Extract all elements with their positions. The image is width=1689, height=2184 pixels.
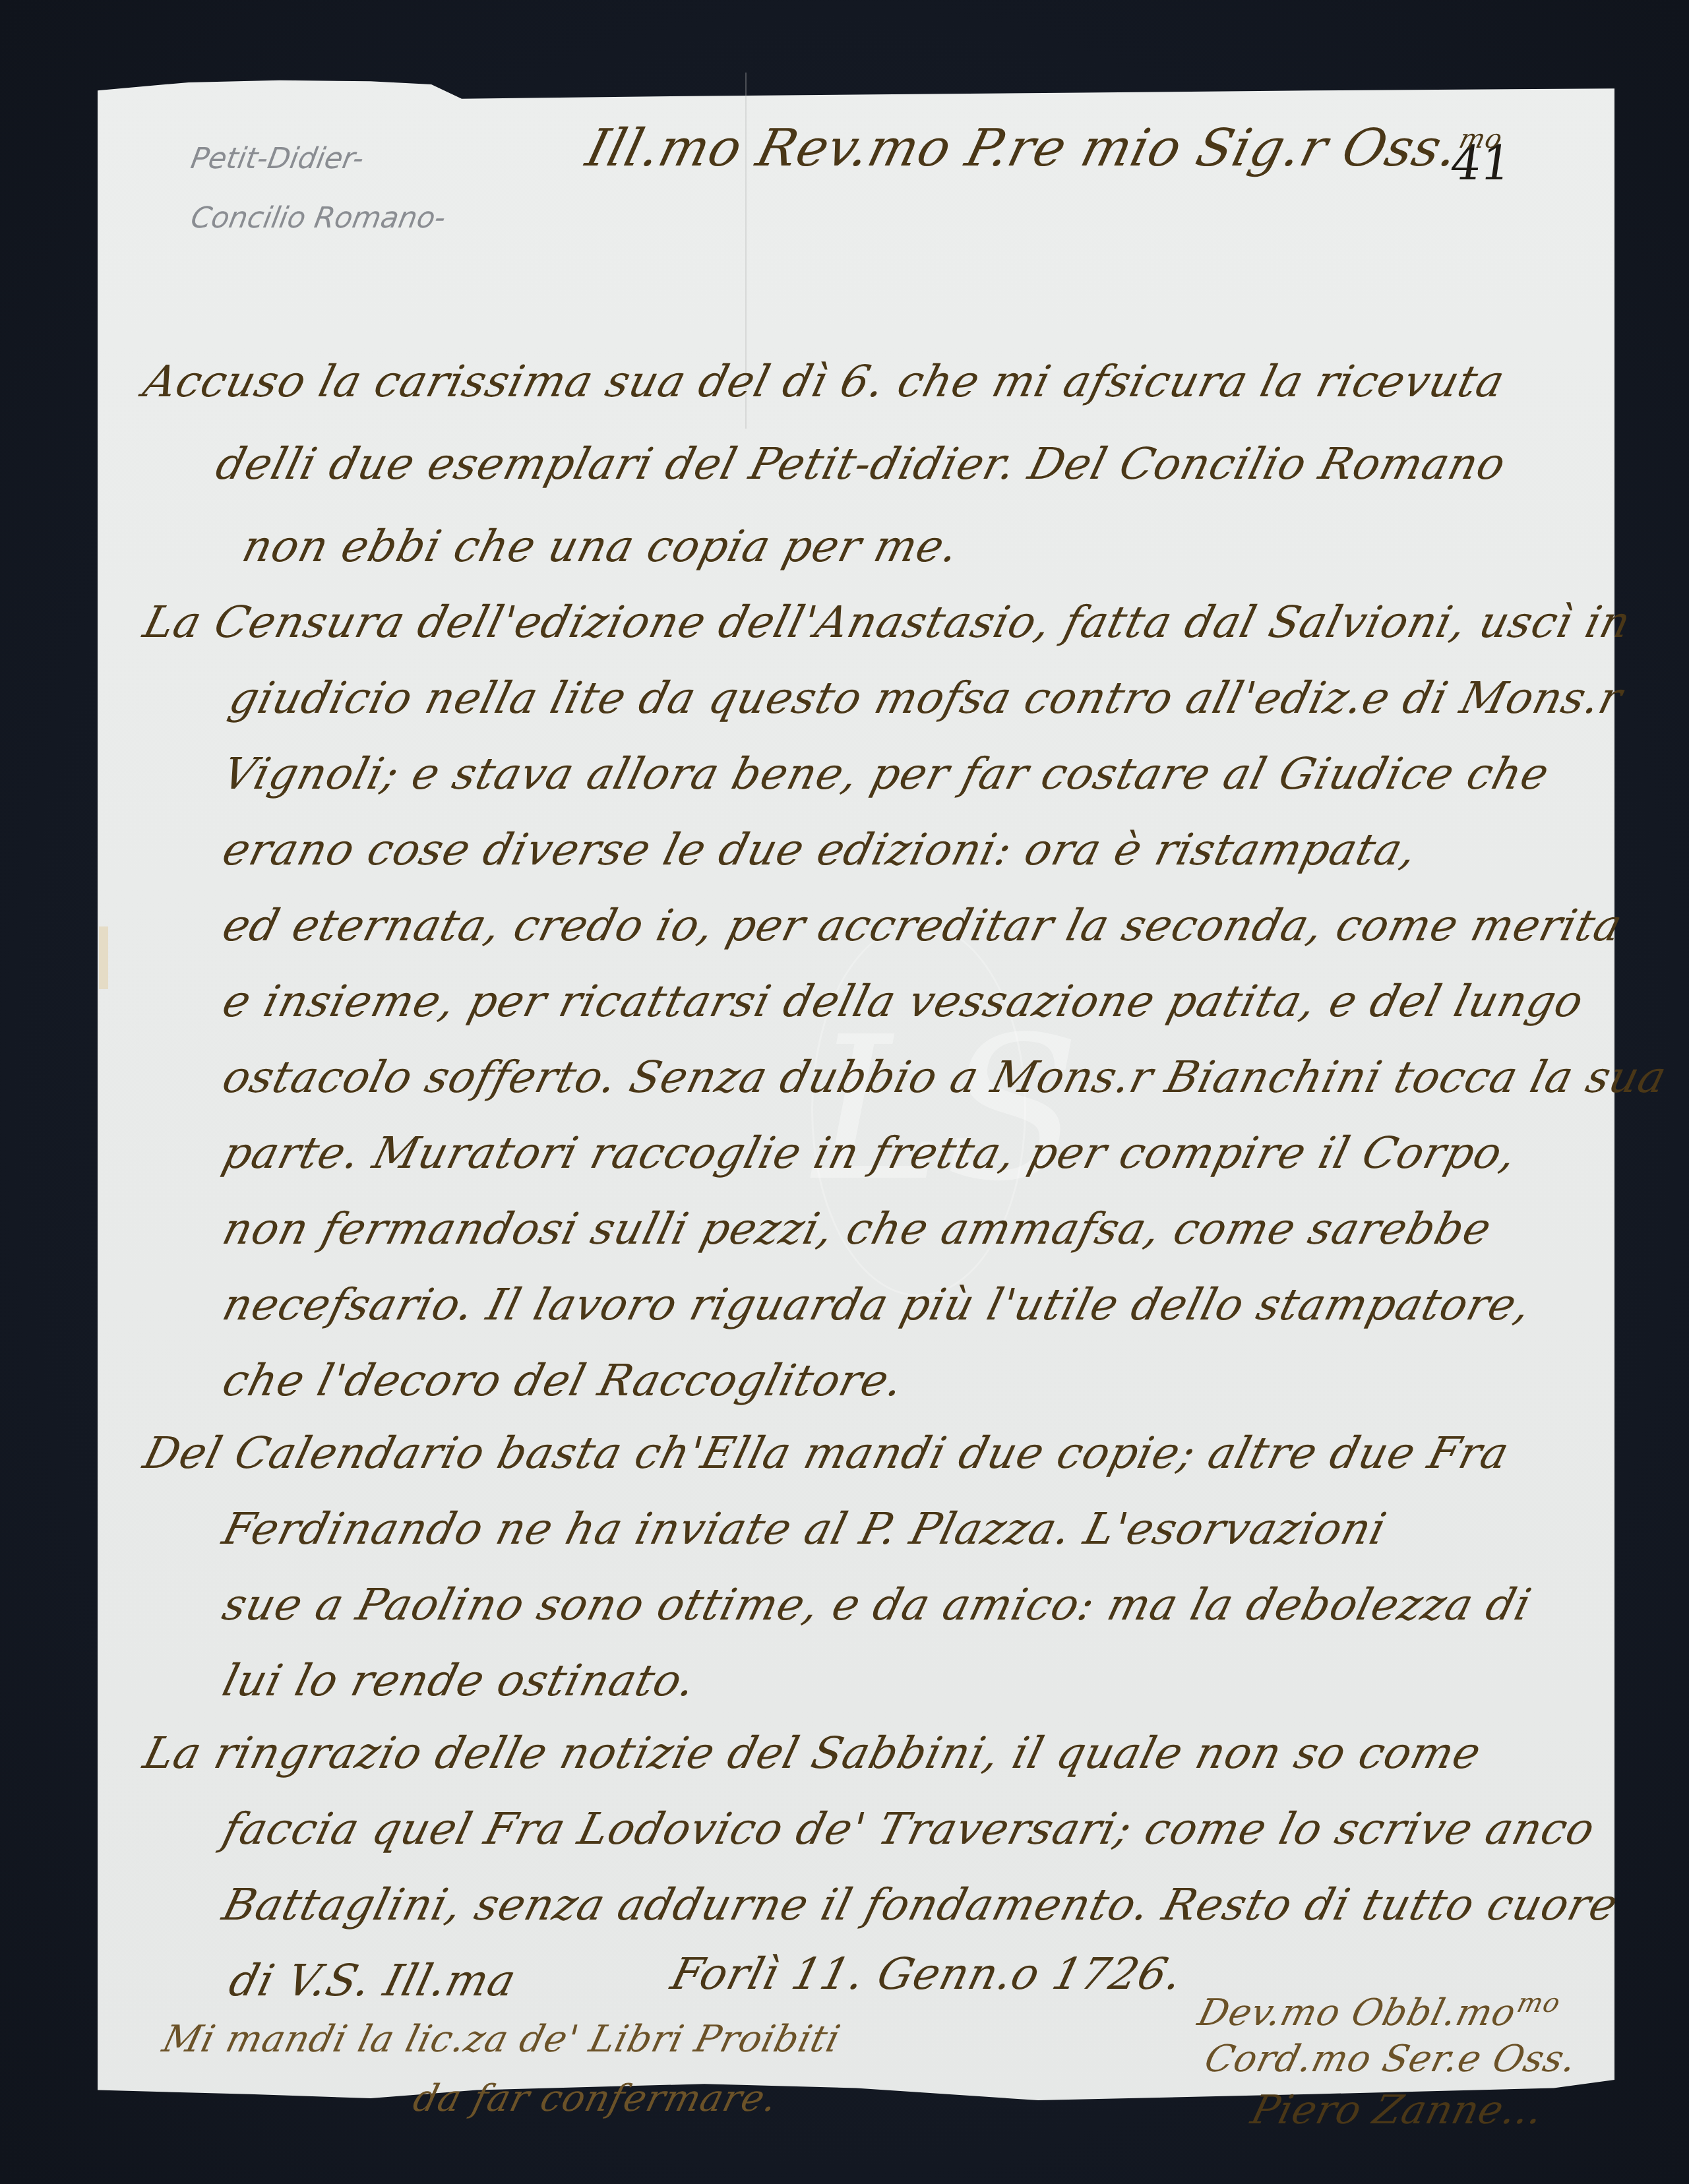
closing-formula-line-2: Cord.mo Ser.e Oss. [1200, 2038, 1582, 2080]
body-line-1: Accuso la carissima sua del dì 6. che mi… [138, 356, 1510, 407]
paper-tab-scrap [99, 926, 108, 989]
closing-formula: Dev.mo Obbl.momo [1194, 1988, 1564, 2034]
body-line-12: non fermandosi sulli pezzi, che ammafsa,… [218, 1203, 1497, 1254]
body-line-5: giudicio nella lite da questo mofsa cont… [224, 673, 1628, 723]
signature: Piero Zanne... [1246, 2087, 1549, 2133]
postscript-line-2: da far confermare. [409, 2077, 782, 2120]
closing-addressee: di V.S. Ill.ma [224, 1955, 522, 2006]
postscript-line-1: Mi mandi la lic.za de' Libri Proibiti [158, 2018, 845, 2061]
body-line-18: lui lo rende ostinato. [218, 1655, 701, 1706]
body-line-11: parte. Muratori raccoglie in fretta, per… [218, 1128, 1522, 1178]
closing-date-place: Forlì 11. Genn.o 1726. [666, 1949, 1188, 1999]
body-line-15: Del Calendario basta ch'Ella mandi due c… [138, 1428, 1514, 1478]
body-line-16: Ferdinando ne ha inviate al P. Plazza. L… [218, 1503, 1392, 1554]
body-line-7: erano cose diverse le due edizioni: ora … [218, 824, 1423, 875]
pencil-note-line-2: Concilio Romano- [189, 201, 448, 235]
body-line-20: faccia quel Fra Lodovico de' Traversari;… [218, 1804, 1600, 1854]
body-line-19: La ringrazio delle notizie del Sabbini, … [138, 1728, 1487, 1778]
body-line-6: Vignoli; e stava allora bene, per far co… [218, 748, 1554, 799]
body-line-2: delli due esemplari del Petit-didier. De… [211, 439, 1511, 489]
body-line-17: sue a Paolino sono ottime, e da amico: m… [218, 1579, 1537, 1630]
body-line-13: necefsario. Il lavoro riguarda più l'uti… [218, 1279, 1537, 1330]
salutation-text: Ill.mo Rev.mo P.re mio Sig.r Oss. [580, 119, 1465, 178]
closing-formula-line-1: Dev.mo Obbl.mo [1194, 1991, 1521, 2034]
body-line-4: La Censura dell'edizione dell'Anastasio,… [138, 597, 1636, 648]
closing-superscript: mo [1514, 1988, 1563, 2018]
body-line-3: non ebbi che una copia per me. [237, 521, 964, 572]
body-line-14: che l'decoro del Raccoglitore. [218, 1355, 909, 1406]
body-line-8: ed eternata, credo io, per accreditar la… [218, 900, 1628, 951]
body-line-9: e insieme, per ricattarsi della vessazio… [218, 976, 1589, 1027]
body-line-21: Battaglini, senza addurne il fondamento.… [218, 1879, 1623, 1930]
pencil-note-line-1: Petit-Didier- [189, 142, 367, 175]
watermark-text: LS [813, 994, 1080, 1225]
salutation-superscript: mo [1456, 124, 1506, 154]
salutation: Ill.mo Rev.mo P.re mio Sig.r Oss.mo [580, 119, 1507, 178]
body-line-10: ostacolo sofferto. Senza dubbio a Mons.r… [218, 1052, 1672, 1103]
